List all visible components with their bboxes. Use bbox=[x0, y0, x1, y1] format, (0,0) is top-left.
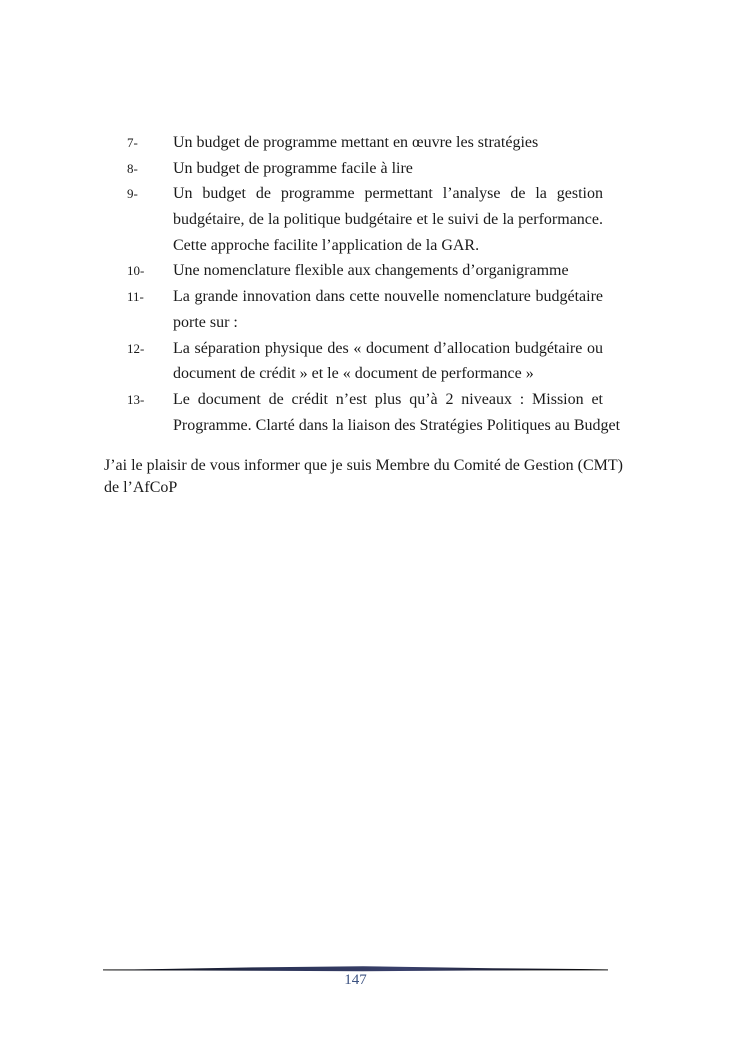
list-item-text: La séparation physique des « document d’… bbox=[173, 336, 603, 387]
list-item-line: La grande innovation dans cette nouvelle… bbox=[173, 284, 603, 310]
list-item-line: document de crédit » et le « document de… bbox=[173, 361, 603, 387]
list-item-number: 10- bbox=[127, 258, 173, 284]
footer-rule bbox=[103, 961, 608, 971]
list-item-text: Une nomenclature flexible aux changement… bbox=[173, 258, 603, 284]
list-item-line: budgétaire, de la politique budgétaire e… bbox=[173, 207, 603, 233]
numbered-list: 7- Un budget de programme mettant en œuv… bbox=[127, 130, 603, 438]
list-item-line: porte sur : bbox=[173, 310, 603, 336]
list-item-number: 12- bbox=[127, 336, 173, 362]
closing-paragraph-line: de l’AfCoP bbox=[104, 477, 624, 499]
list-item-number: 7- bbox=[127, 130, 173, 156]
list-item-line: Programme. Clarté dans la liaison des St… bbox=[173, 413, 603, 439]
list-item-line: Un budget de programme permettant l’anal… bbox=[173, 181, 603, 207]
list-item-line: La séparation physique des « document d’… bbox=[173, 336, 603, 362]
list-item: 13- Le document de crédit n’est plus qu’… bbox=[127, 387, 603, 438]
document-page: 7- Un budget de programme mettant en œuv… bbox=[0, 0, 745, 1053]
list-item: 8- Un budget de programme facile à lire bbox=[127, 156, 603, 182]
list-item-number: 8- bbox=[127, 156, 173, 182]
list-item: 12- La séparation physique des « documen… bbox=[127, 336, 603, 387]
closing-paragraph-line: J’ai le plaisir de vous informer que je … bbox=[104, 455, 624, 477]
page-number: 147 bbox=[103, 971, 608, 990]
list-item-text: Un budget de programme permettant l’anal… bbox=[173, 181, 603, 258]
list-item-line: Une nomenclature flexible aux changement… bbox=[173, 258, 603, 284]
closing-paragraph: J’ai le plaisir de vous informer que je … bbox=[104, 455, 624, 498]
list-item-line: Cette approche facilite l’application de… bbox=[173, 233, 603, 259]
list-item-line: Le document de crédit n’est plus qu’à 2 … bbox=[173, 387, 603, 413]
list-item-text: La grande innovation dans cette nouvelle… bbox=[173, 284, 603, 335]
list-item-text: Un budget de programme facile à lire bbox=[173, 156, 603, 182]
list-item-number: 11- bbox=[127, 284, 173, 310]
list-item-number: 13- bbox=[127, 387, 173, 413]
list-item-text: Le document de crédit n’est plus qu’à 2 … bbox=[173, 387, 603, 438]
list-item-line: Un budget de programme facile à lire bbox=[173, 156, 603, 182]
list-item: 11- La grande innovation dans cette nouv… bbox=[127, 284, 603, 335]
list-item: 7- Un budget de programme mettant en œuv… bbox=[127, 130, 603, 156]
list-item: 10- Une nomenclature flexible aux change… bbox=[127, 258, 603, 284]
list-item: 9- Un budget de programme permettant l’a… bbox=[127, 181, 603, 258]
list-item-line: Un budget de programme mettant en œuvre … bbox=[173, 130, 603, 156]
list-item-text: Un budget de programme mettant en œuvre … bbox=[173, 130, 603, 156]
list-item-number: 9- bbox=[127, 181, 173, 207]
